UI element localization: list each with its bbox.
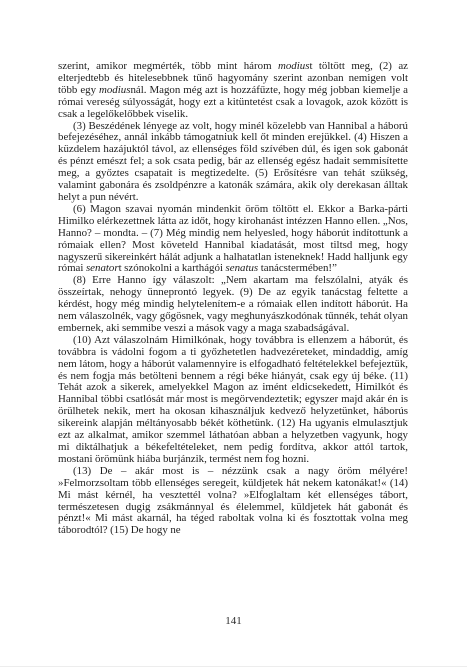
paragraph: (10) Azt válaszolnám Himilkónak, hogy to… [58,335,408,466]
body-text: szerint, amikor megmérték, több mint hár… [58,61,408,537]
paragraph: szerint, amikor megmérték, több mint hár… [58,61,408,121]
text-run: (3) Beszédének lényege az volt, hogy min… [58,120,408,203]
paragraph: (3) Beszédének lényege az volt, hogy min… [58,121,408,204]
page-number: 141 [0,615,467,628]
paragraph: (6) Magon szavai nyomán mindenkit öröm t… [58,204,408,275]
italic-text-run: senatus [226,262,259,274]
italic-text-run: modius [278,60,309,72]
italic-text-run: modius [99,84,130,96]
book-page: szerint, amikor megmérték, több mint hár… [0,0,467,667]
text-run: szerint, amikor megmérték, több mint hár… [58,60,278,72]
paragraph: (8) Erre Hanno így válaszolt: „Nem akart… [58,275,408,335]
paragraph: (13) De – akár most is – nézzünk csak a … [58,466,408,537]
text-run: (10) Azt válaszolnám Himilkónak, hogy to… [58,334,408,465]
italic-text-run: senator [86,262,119,274]
text-run: tanácstermében!” [258,262,337,274]
text-run: (8) Erre Hanno így válaszolt: „Nem akart… [58,274,408,334]
text-run: (13) De – akár most is – nézzünk csak a … [58,465,408,537]
text-run: t szónokolni a karthágói [119,262,226,274]
